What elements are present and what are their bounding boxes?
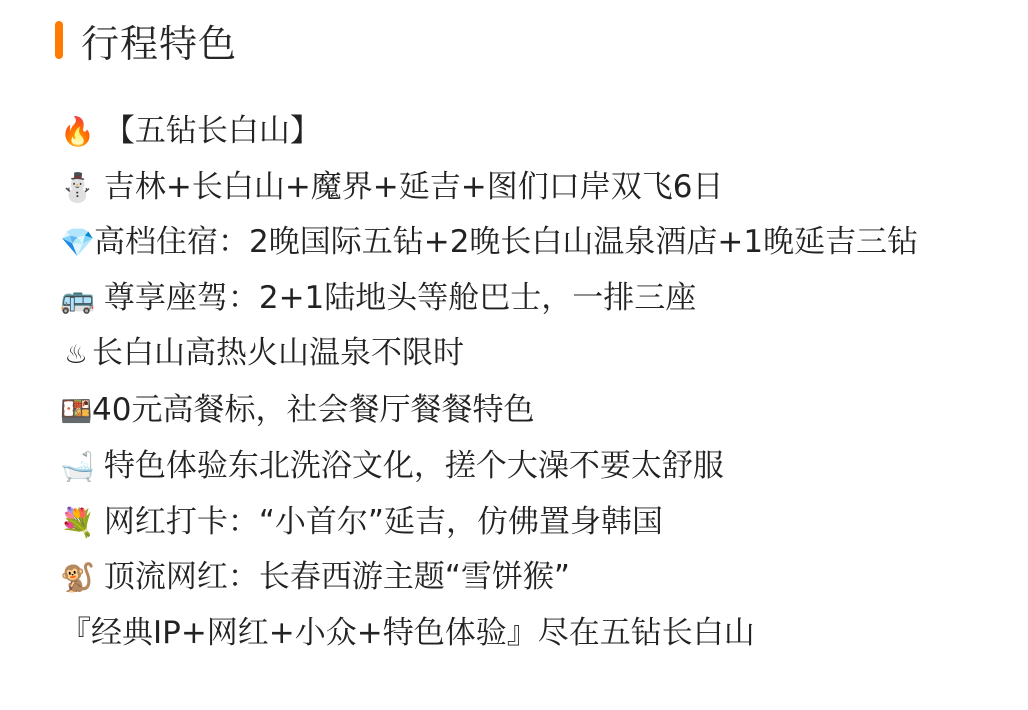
feature-item: 💎高档住宿：2晚国际五钻+2晚长白山温泉酒店+1晚延吉三钻 [60, 215, 970, 271]
hot-springs-icon: ♨ [60, 328, 92, 383]
accent-bar [55, 21, 63, 59]
feature-text: 长白山高热火山温泉不限时 [92, 335, 464, 371]
bus-icon: 🚌 [60, 272, 94, 327]
feature-text: 尊享座驾：2+1陆地头等舱巴士，一排三座 [94, 280, 696, 316]
feature-text: 40元高餐标，社会餐厅餐餐特色 [92, 392, 534, 428]
monkey-icon: 🐒 [60, 551, 94, 606]
gem-icon: 💎 [60, 216, 94, 271]
feature-item: ⛄ 吉林+长白山+魔界+延吉+图们口岸双飞6日 [60, 160, 970, 216]
feature-summary: 『经典IP+网红+小众+特色体验』尽在五钻长白山 [60, 606, 970, 661]
feature-item: 🔥 【五钻长白山】 [60, 104, 970, 160]
bathtub-icon: 🛁 [60, 440, 94, 495]
feature-item: 🛁 特色体验东北洗浴文化，搓个大澡不要太舒服 [60, 439, 970, 495]
feature-item: 🍱40元高餐标，社会餐厅餐餐特色 [60, 383, 970, 440]
section-header: 行程特色 [55, 18, 237, 62]
bouquet-icon: 💐 [60, 496, 94, 551]
feature-text: 吉林+长白山+魔界+延吉+图们口岸双飞6日 [94, 169, 723, 205]
feature-text: 高档住宿：2晚国际五钻+2晚长白山温泉酒店+1晚延吉三钻 [94, 224, 918, 260]
bento-icon: 🍱 [60, 385, 92, 440]
feature-text: 【五钻长白山】 [94, 113, 321, 149]
feature-item: 🚌 尊享座驾：2+1陆地头等舱巴士，一排三座 [60, 271, 970, 327]
feature-item: 🐒 顶流网红：长春西游主题“雪饼猴” [60, 550, 970, 606]
feature-text: 网红打卡：“小首尔”延吉，仿佛置身韩国 [94, 504, 663, 540]
snowman-icon: ⛄ [60, 161, 94, 216]
feature-item: 💐 网红打卡：“小首尔”延吉，仿佛置身韩国 [60, 495, 970, 551]
fire-icon: 🔥 [60, 105, 94, 160]
summary-text: 『经典IP+网红+小众+特色体验』尽在五钻长白山 [60, 615, 755, 651]
section-title: 行程特色 [81, 13, 237, 68]
feature-text: 特色体验东北洗浴文化，搓个大澡不要太舒服 [94, 448, 724, 484]
feature-text: 顶流网红：长春西游主题“雪饼猴” [94, 559, 570, 595]
feature-item: ♨长白山高热火山温泉不限时 [60, 326, 970, 383]
feature-list: 🔥 【五钻长白山】 ⛄ 吉林+长白山+魔界+延吉+图们口岸双飞6日 💎高档住宿：… [60, 104, 970, 660]
